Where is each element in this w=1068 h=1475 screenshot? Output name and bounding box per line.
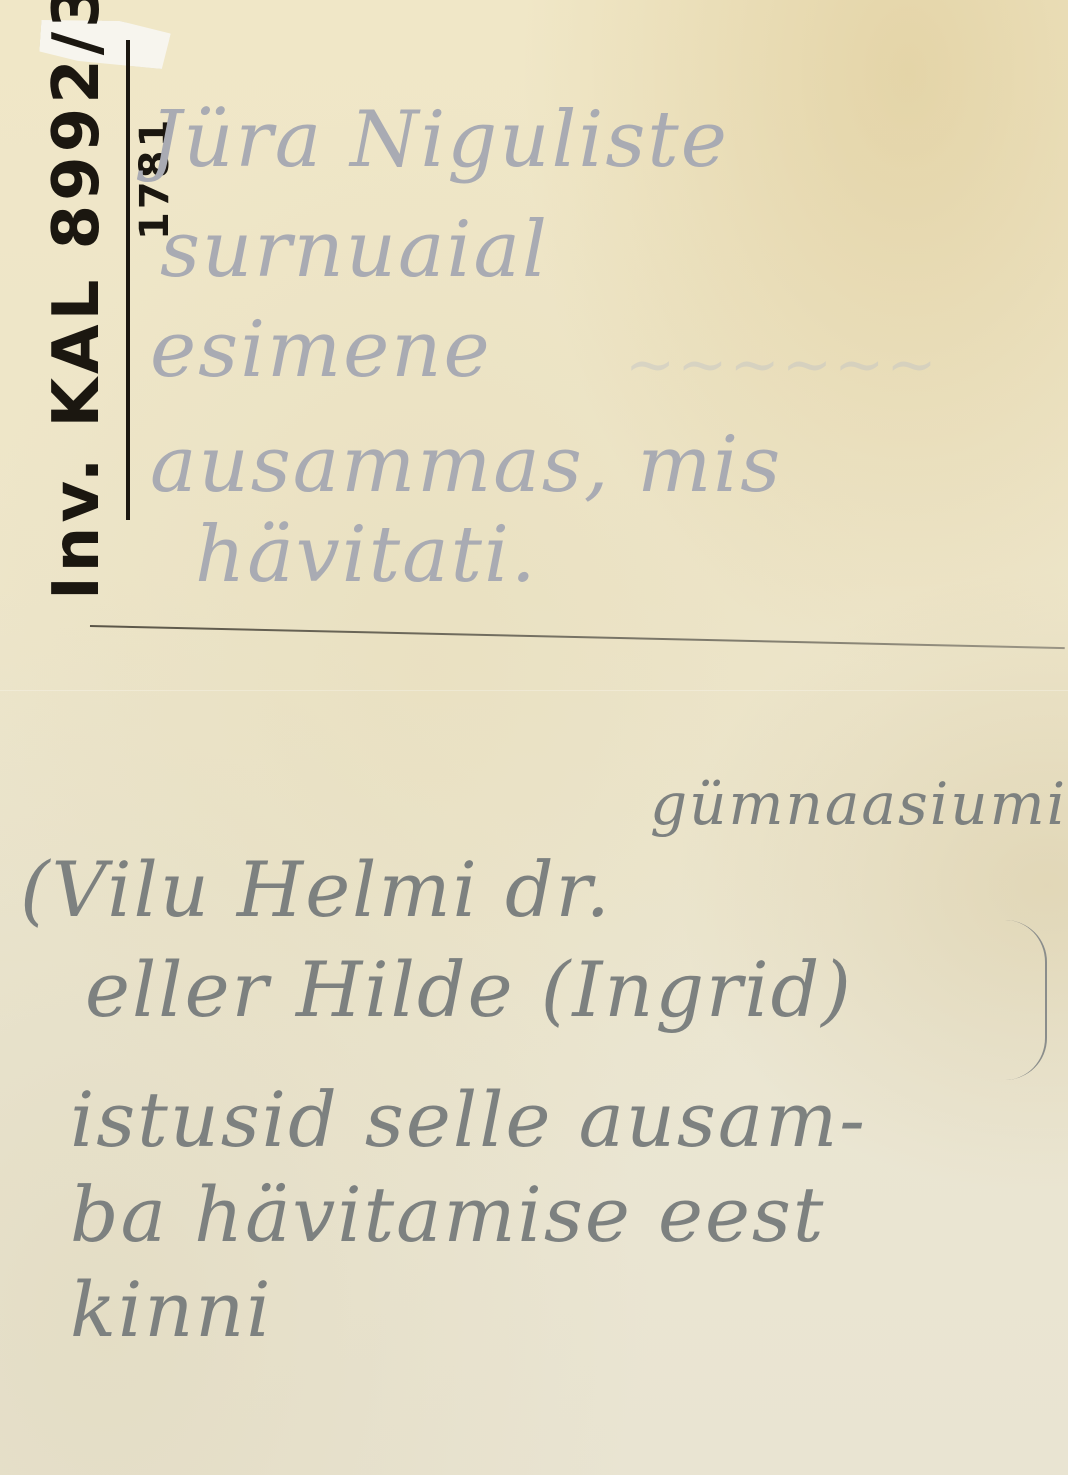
catalog-main-number: 8992/3 bbox=[40, 0, 114, 249]
catalog-fraction-rule bbox=[126, 40, 130, 520]
bottom-note-line-1: (Vilu Helmi dr. bbox=[20, 845, 612, 934]
catalog-prefix: Inv. KAL bbox=[40, 276, 114, 600]
document-page: Inv. KAL 8992/3 1781 Jüra Niguliste surn… bbox=[0, 0, 1068, 1475]
top-note-line-3: esimene bbox=[150, 305, 492, 395]
section-divider bbox=[90, 625, 1065, 649]
catalog-number: Inv. KAL 8992/3 bbox=[40, 0, 114, 600]
bottom-note-line-5: kinni bbox=[70, 1265, 273, 1354]
top-note-line-2: surnuaial bbox=[160, 205, 549, 295]
bottom-note-superscript: gümnaasiumi bbox=[650, 770, 1067, 838]
bottom-note-line-3: istusid selle ausam- bbox=[70, 1075, 867, 1164]
top-note-line-5: hävitati. bbox=[195, 510, 538, 600]
bottom-note-line-4: ba hävitamise eest bbox=[70, 1170, 825, 1259]
closing-parenthesis bbox=[1005, 920, 1047, 1080]
top-note-line-4: ausammas, mis bbox=[150, 420, 782, 510]
erased-word: ~~~~~~ bbox=[625, 330, 939, 400]
catalog-stamp: Inv. KAL 8992/3 1781 bbox=[40, 40, 160, 600]
paper-crease bbox=[0, 690, 1068, 691]
bottom-note-line-2: eller Hilde (Ingrid) bbox=[85, 945, 853, 1034]
top-note-line-1: Jüra Niguliste bbox=[150, 95, 729, 185]
